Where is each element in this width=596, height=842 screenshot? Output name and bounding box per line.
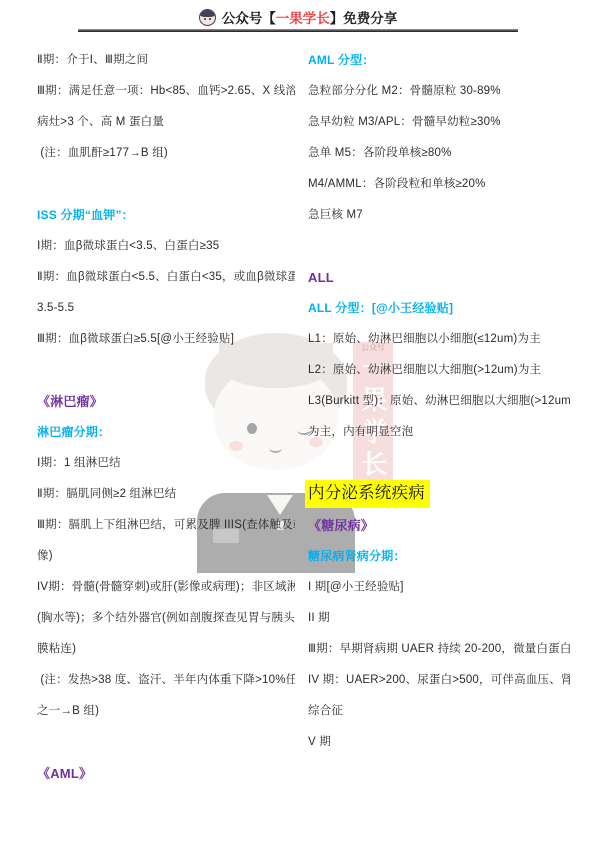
header-divider-line: [78, 29, 518, 32]
body-text-line: (注：发热>38 度、盗汗、半年内体重下降>10%任意: [37, 665, 295, 696]
subheading-line: 糖尿病肾病分期：: [308, 541, 570, 572]
body-text-line: Ⅰ期：血β微球蛋白<3.5、白蛋白≥35: [37, 231, 295, 262]
highlighted-chapter-title: 内分泌系统疾病: [308, 479, 570, 510]
document-column-left: Ⅱ期：介于Ⅰ、Ⅲ期之间Ⅲ期：满足任意一项：Hb<85、血钙>2.65、X 线溶骨…: [37, 45, 295, 789]
body-text-line: Ⅱ期：膈肌同侧≥2 组淋巴结: [37, 479, 295, 510]
body-text-line: Ⅲ期：血β微球蛋白≥5.5[@小王经验贴]: [37, 324, 295, 355]
body-text-line: 急粒部分分化 M2：骨髓原粒 30-89%: [308, 76, 570, 107]
body-text-line: IV期：骨髓(骨髓穿刺)或肝(影像或病理)；非区域淋巴结: [37, 572, 295, 603]
section-heading-line: 《AML》: [37, 758, 295, 789]
body-text-line: 像): [37, 541, 295, 572]
body-text-line: 病灶>3 个、高 M 蛋白量: [37, 107, 295, 138]
body-text-line: 膜粘连): [37, 634, 295, 665]
body-text-line: 3.5-5.5: [37, 293, 295, 324]
subheading-line: AML 分型：: [308, 45, 570, 76]
blank-line: [37, 727, 295, 758]
body-text-line: 之一→B 组): [37, 696, 295, 727]
document-column-right: AML 分型：急粒部分分化 M2：骨髓原粒 30-89%急早幼粒 M3/APL：…: [308, 45, 570, 758]
body-text-line: II 期: [308, 603, 570, 634]
body-text-line: I 期[@小王经验贴]: [308, 572, 570, 603]
body-text-line: 综合征: [308, 696, 570, 727]
header-brand-name: 一果学长: [276, 11, 330, 26]
subheading-line: ISS 分期“血钾”：: [37, 200, 295, 231]
blank-line: [308, 231, 570, 262]
subheading-line: ALL 分型：[@小王经验贴]: [308, 293, 570, 324]
body-text-line: L1：原始、幼淋巴细胞以小细胞(≤12um)为主: [308, 324, 570, 355]
body-text-line: L2：原始、幼淋巴细胞以大细胞(>12um)为主: [308, 355, 570, 386]
header-title: 公众号【一果学长】免费分享: [222, 7, 398, 27]
body-text-line: Ⅱ期：介于Ⅰ、Ⅲ期之间: [37, 45, 295, 76]
blank-line: [37, 355, 295, 386]
body-text-line: 急早幼粒 M3/APL：骨髓早幼粒≥30%: [308, 107, 570, 138]
body-text-line: (注：血肌酐≥177→B 组): [37, 138, 295, 169]
body-text-line: 为主，内有明显空泡: [308, 417, 570, 448]
highlighted-chapter-title-text: 内分泌系统疾病: [305, 480, 430, 508]
section-heading-line: 《糖尿病》: [308, 510, 570, 541]
body-text-line: Ⅲ期：早期肾病期 UAER 持续 20-200，微量白蛋白尿: [308, 634, 570, 665]
wechat-avatar-icon: [199, 9, 216, 26]
body-text-line: Ⅲ期：满足任意一项：Hb<85、血钙>2.65、X 线溶骨: [37, 76, 295, 107]
body-text-line: IV 期：UAER>200、尿蛋白>500，可伴高血压、肾病: [308, 665, 570, 696]
section-heading-line: ALL: [308, 262, 570, 293]
body-text-line: 急单 M5：各阶段单核≥80%: [308, 138, 570, 169]
body-text-line: V 期: [308, 727, 570, 758]
body-text-line: Ⅲ期：膈肌上下组淋巴结，可累及脾 IIIS(查体触及或影: [37, 510, 295, 541]
body-text-line: (胸水等)；多个结外器官(例如剖腹探查见胃与胰头及腹: [37, 603, 295, 634]
body-text-line: Ⅰ期：1 组淋巴结: [37, 448, 295, 479]
subheading-line: 淋巴瘤分期：: [37, 417, 295, 448]
header-prefix: 公众号【: [222, 11, 276, 26]
header-suffix: 】免费分享: [330, 11, 398, 26]
page-header: 公众号【一果学长】免费分享: [0, 6, 596, 28]
body-text-line: 急巨核 M7: [308, 200, 570, 231]
body-text-line: L3(Burkitt 型)：原始、幼淋巴细胞以大细胞(>12um): [308, 386, 570, 417]
blank-line: [308, 448, 570, 479]
body-text-line: M4/AMML：各阶段粒和单核≥20%: [308, 169, 570, 200]
blank-line: [37, 169, 295, 200]
section-heading-line: 《淋巴瘤》: [37, 386, 295, 417]
body-text-line: Ⅱ期：血β微球蛋白<5.5、白蛋白<35，或血β微球蛋白: [37, 262, 295, 293]
